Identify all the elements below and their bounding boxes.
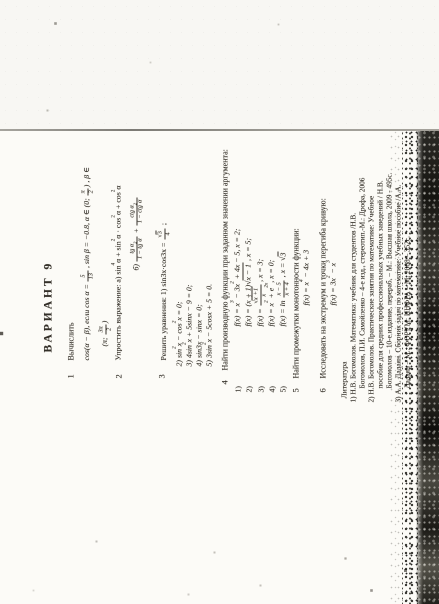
problem-1-line-2: (π; 3π2)	[98, 320, 112, 346]
problem-2-number: 2	[114, 374, 124, 378]
problem-2-line-1: б) tg α1 − tg2α + ctg α1 − ctg2α	[129, 196, 143, 270]
scanned-document: ВАРИАНТ 91Вычислитьcos(α − β), если cos …	[0, 0, 439, 604]
problem-3-line-4: 5) 3sin2x − 5cosx + 5 = 0.	[205, 283, 214, 366]
problem-3-line-0: Решить уравнения: 1) sin3x·cos3x = √34 ;	[157, 223, 171, 361]
document-content: ВАРИАНТ 91Вычислитьcos(α − β), если cos …	[0, 0, 439, 604]
problem-5-line-0: Найти промежутки монотонности функции:	[291, 228, 300, 378]
problem-3-line-3: 4) sin3x − sinx = 0;	[195, 304, 204, 366]
problem-4-item-3-formula: f(x) = √x2+1x , x = 3;	[253, 258, 267, 326]
problem-3-line-2: 3) 4sin2x + 5sinx − 9 = 0;	[185, 284, 194, 366]
variant-title: ВАРИАНТ 9	[42, 260, 55, 352]
literature-heading: Литература	[340, 361, 349, 398]
problem-1-number: 1	[66, 374, 76, 378]
problem-4-item-1-formula: f(x) = x3 − 3x2 + 4x − 5, x = 2;	[233, 228, 242, 326]
problem-1-heading: Вычислить	[66, 322, 75, 360]
problem-4-item-3-marker: 3)	[257, 386, 266, 393]
page-edge-line	[0, 129, 439, 131]
problem-4-item-5-formula: f(x) = ln x − 5x + 4 , x = √3	[276, 251, 290, 326]
problem-4-item-2-formula: f(x) = (x + 1)√x − 1 , x = 5;	[244, 238, 253, 326]
problem-4-number: 4	[220, 380, 230, 384]
literature-line-0: 1) Н.В. Богомолов. Математика: учебник д…	[349, 212, 357, 402]
problem-3-number: 3	[157, 374, 167, 378]
problem-4-item-4-marker: 4)	[268, 386, 277, 393]
literature-line-1: Богомолов, П.И. Самойленко – 4-е изд., с…	[358, 177, 366, 388]
problem-3-line-1: 2) sin2x − cos2x = 0;	[175, 301, 184, 366]
problem-4-item-1-marker: 1)	[234, 386, 243, 393]
scan-noise-dark-band	[416, 131, 439, 604]
problem-5-number: 5	[291, 388, 301, 392]
problem-4-item-2-marker: 2)	[245, 386, 254, 393]
scan-specks	[0, 0, 1, 1]
problem-6-number: 6	[318, 388, 328, 392]
problem-6-line-1: f(x) = 3x2 − x3	[329, 260, 338, 305]
problem-4-item-5-marker: 5)	[279, 386, 288, 393]
problem-5-line-1: f(x) = x4 − 4x + 3	[302, 249, 311, 305]
problem-2-line-0: Упростить выражение: а) sin4α + sin2α · …	[114, 185, 123, 360]
problem-1-line-1: cos(α − β), если cos α = 513 , sin β = −…	[80, 167, 94, 360]
problem-6-line-0: Исследовать на экстремум и точки перегиб…	[318, 198, 327, 378]
problem-4-line-0: Найти производную функции при заданном з…	[220, 149, 229, 370]
literature-line-3: пособие для средних профессиональных уче…	[376, 180, 384, 388]
literature-line-2: 2) Н.В. Богомолов. Практические занятия …	[367, 195, 375, 402]
